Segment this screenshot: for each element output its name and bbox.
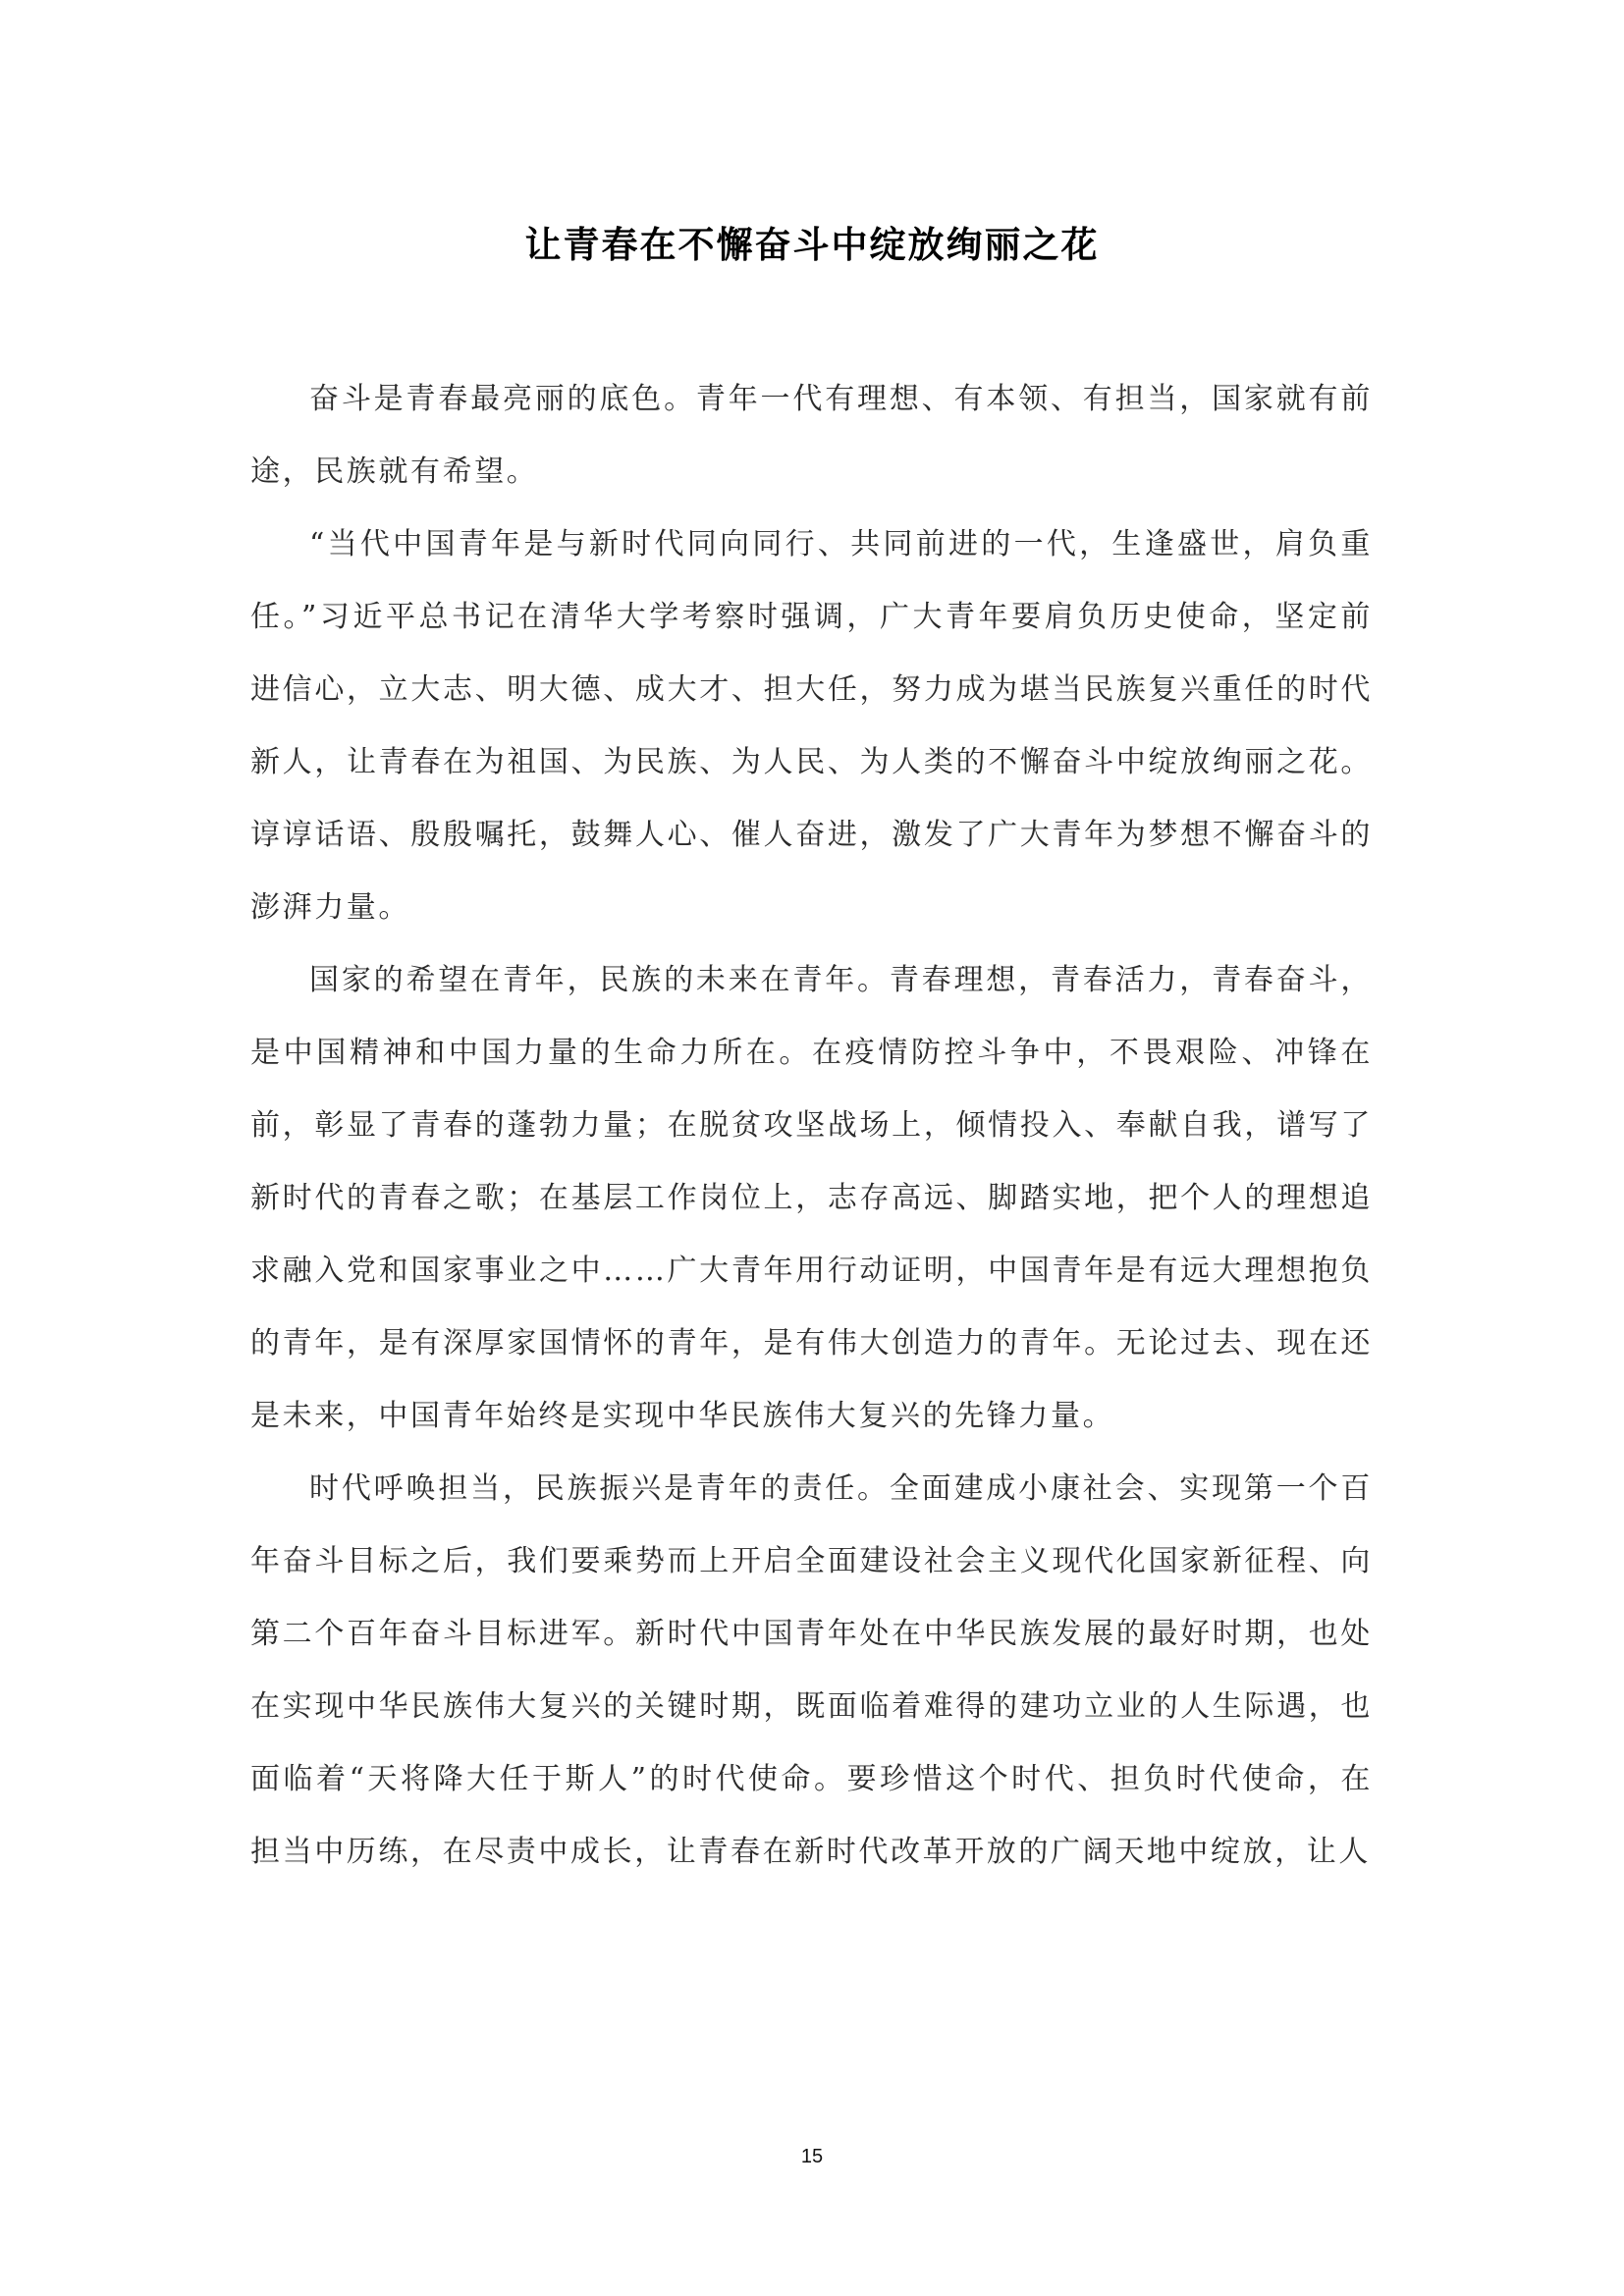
paragraph-4: 时代呼唤担当，民族振兴是青年的责任。全面建成小康社会、实现第一个百年奋斗目标之后… bbox=[250, 1453, 1373, 1889]
paragraph-3: 国家的希望在青年，民族的未来在青年。青春理想，青春活力，青春奋斗，是中国精神和中… bbox=[250, 944, 1373, 1453]
paragraph-1: 奋斗是青春最亮丽的底色。青年一代有理想、有本领、有担当，国家就有前途，民族就有希… bbox=[250, 363, 1373, 508]
paragraph-2: “当代中国青年是与新时代同向同行、共同前进的一代，生逢盛世，肩负重任。”习近平总… bbox=[250, 508, 1373, 944]
document-title: 让青春在不懈奋斗中绽放绚丽之花 bbox=[0, 218, 1624, 273]
document-body: 奋斗是青春最亮丽的底色。青年一代有理想、有本领、有担当，国家就有前途，民族就有希… bbox=[250, 363, 1373, 1889]
page-number: 15 bbox=[0, 2146, 1624, 2168]
document-page: 让青春在不懈奋斗中绽放绚丽之花 奋斗是青春最亮丽的底色。青年一代有理想、有本领、… bbox=[0, 0, 1624, 2296]
